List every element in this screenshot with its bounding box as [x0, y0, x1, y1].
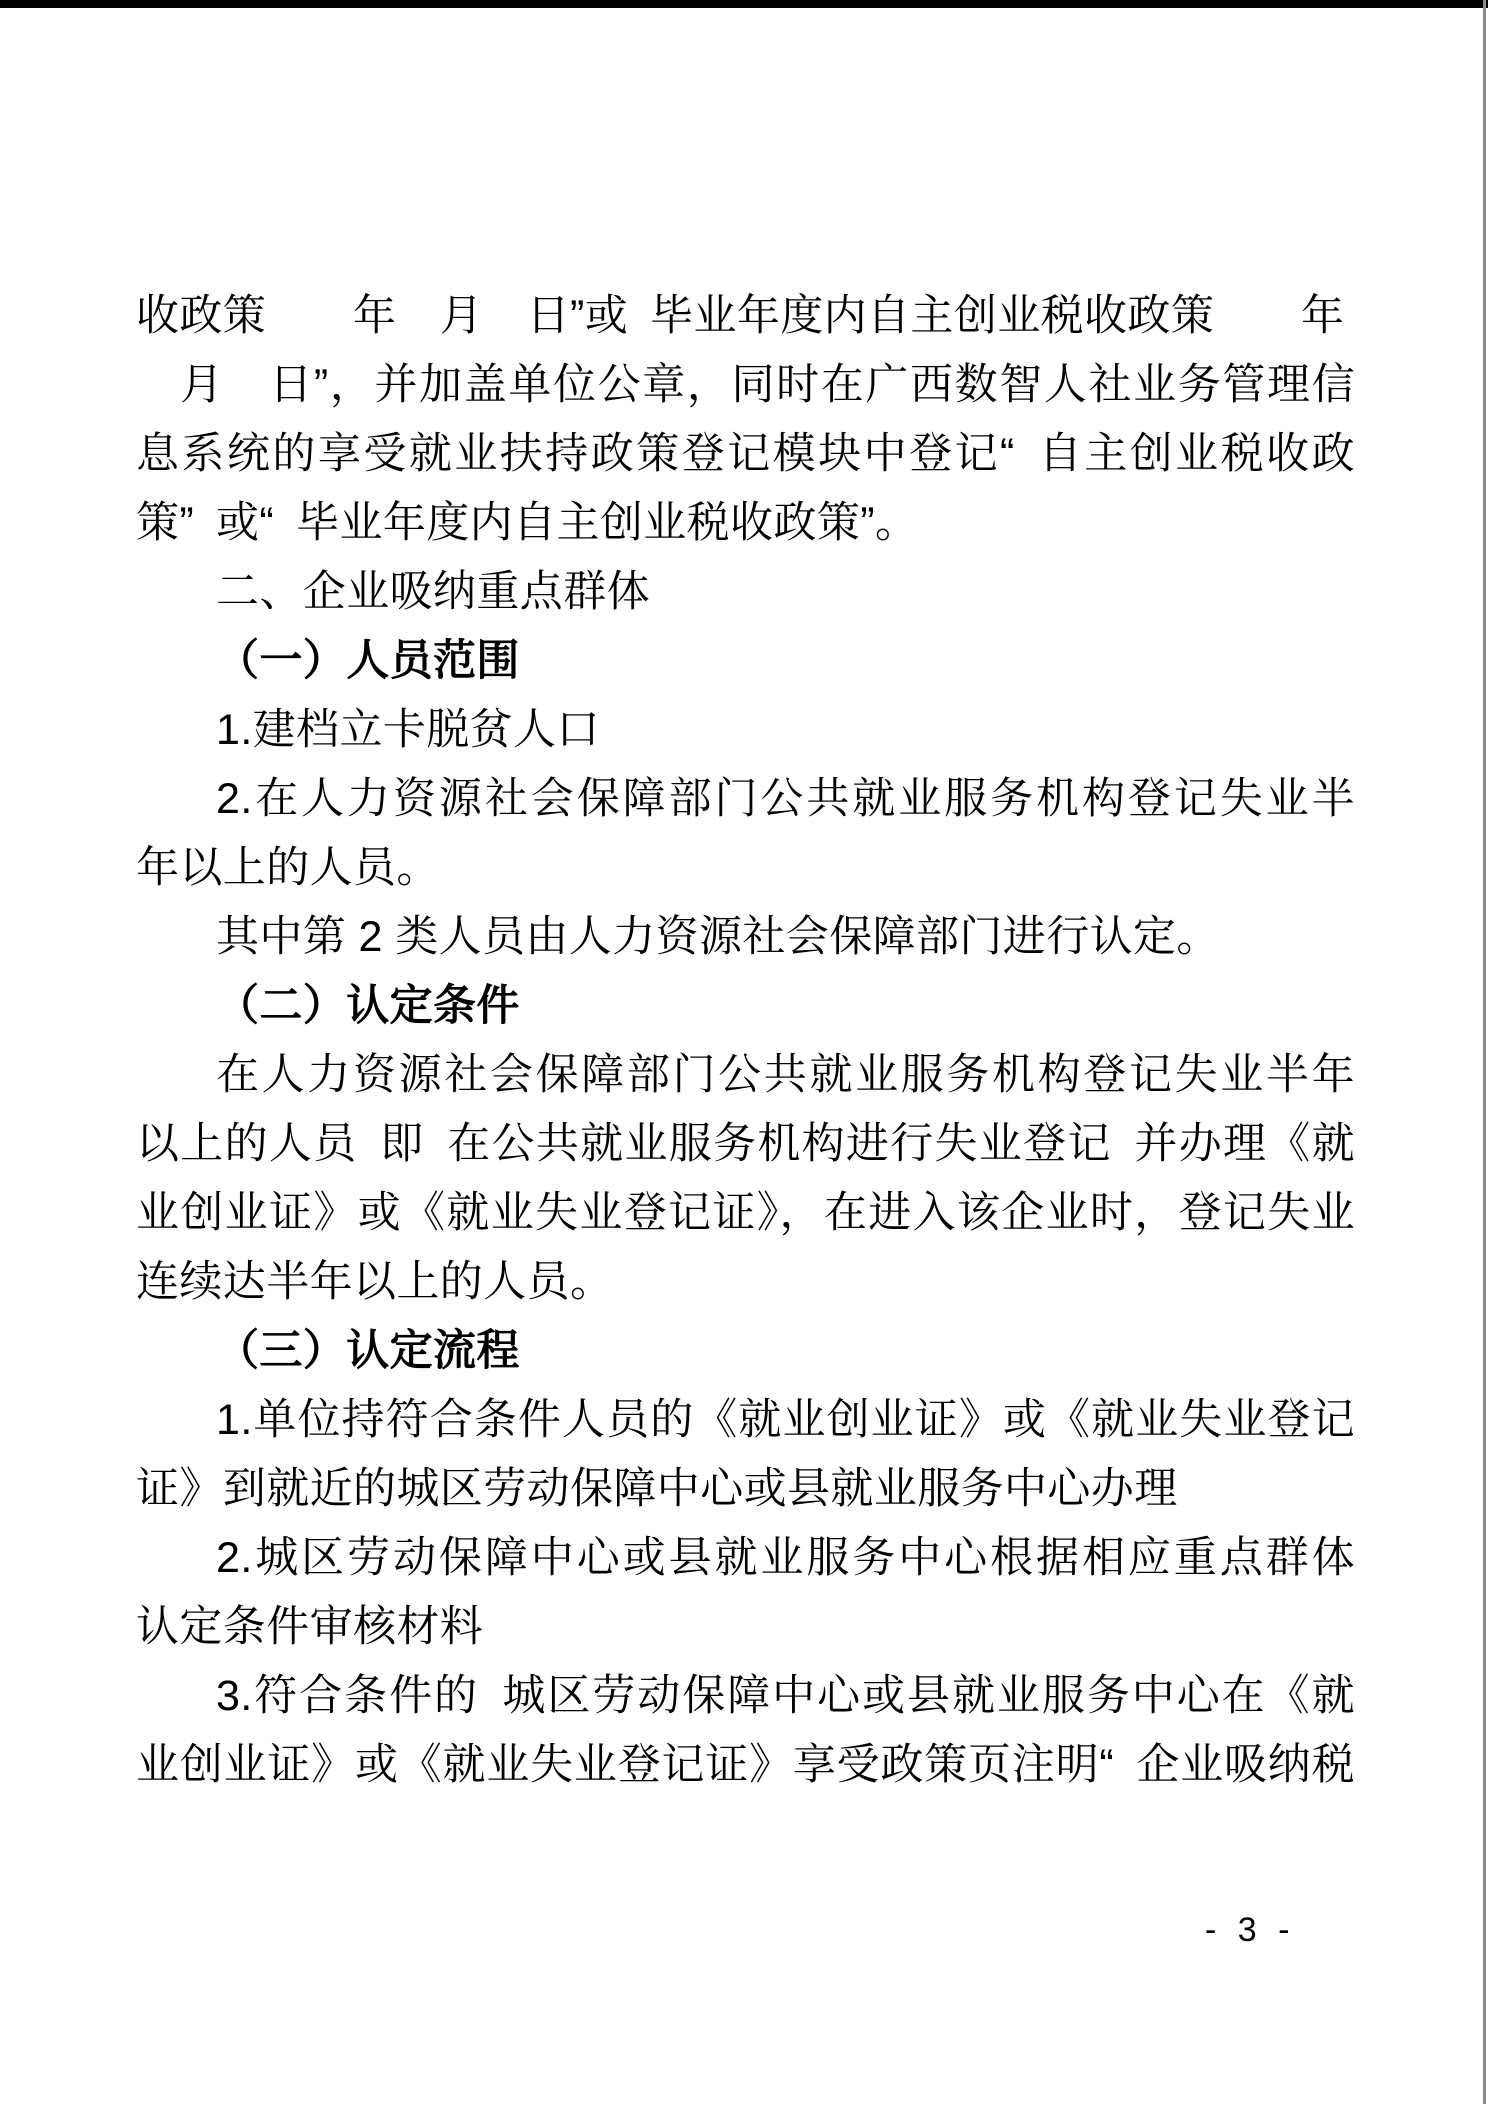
text-line: 业创业证》或《就业失业登记证》享受政策页注明“ 企业吸纳税: [136, 1731, 1355, 1800]
text-line: 1.单位持符合条件人员的《就业创业证》或《就业失业登记: [136, 1386, 1355, 1455]
text-line: 其中第 2 类人员由人力资源社会保障部门进行认定。: [136, 903, 1355, 972]
text-line: 2.城区劳动保障中心或县就业服务中心根据相应重点群体: [136, 1524, 1355, 1593]
page-top-border: [0, 0, 1488, 8]
text-line: 3.符合条件的 城区劳动保障中心或县就业服务中心在《就: [136, 1662, 1355, 1731]
text-line: 收政策 年 月 日”或 毕业年度内自主创业税收政策 年: [136, 282, 1355, 351]
text-line: 月 日”，并加盖单位公章，同时在广西数智人社业务管理信: [136, 351, 1355, 420]
text-line: 以上的人员 即 在公共就业服务机构进行失业登记 并办理《就: [136, 1110, 1355, 1179]
text-line: 息系统的享受就业扶持政策登记模块中登记“ 自主创业税收政: [136, 420, 1355, 489]
text-line: （一）人员范围: [136, 627, 1355, 696]
page-right-border: [1483, 0, 1486, 2104]
text-line: 二、企业吸纳重点群体: [136, 558, 1355, 627]
text-line: （二）认定条件: [136, 972, 1355, 1041]
text-line: （三）认定流程: [136, 1317, 1355, 1386]
text-line: 2.在人力资源社会保障部门公共就业服务机构登记失业半: [136, 765, 1355, 834]
text-line: 策” 或“ 毕业年度内自主创业税收政策”。: [136, 489, 1355, 558]
text-line: 1.建档立卡脱贫人口: [136, 696, 1355, 765]
text-line: 业创业证》或《就业失业登记证》，在进入该企业时，登记失业: [136, 1179, 1355, 1248]
text-line: 认定条件审核材料: [136, 1593, 1355, 1662]
text-line: 在人力资源社会保障部门公共就业服务机构登记失业半年: [136, 1041, 1355, 1110]
text-line: 连续达半年以上的人员。: [136, 1248, 1355, 1317]
document-body: 收政策 年 月 日”或 毕业年度内自主创业税收政策 年月 日”，并加盖单位公章，…: [136, 282, 1355, 1800]
page-number: - 3 -: [1205, 1908, 1290, 1952]
text-line: 证》到就近的城区劳动保障中心或县就业服务中心办理: [136, 1455, 1355, 1524]
text-line: 年以上的人员。: [136, 834, 1355, 903]
